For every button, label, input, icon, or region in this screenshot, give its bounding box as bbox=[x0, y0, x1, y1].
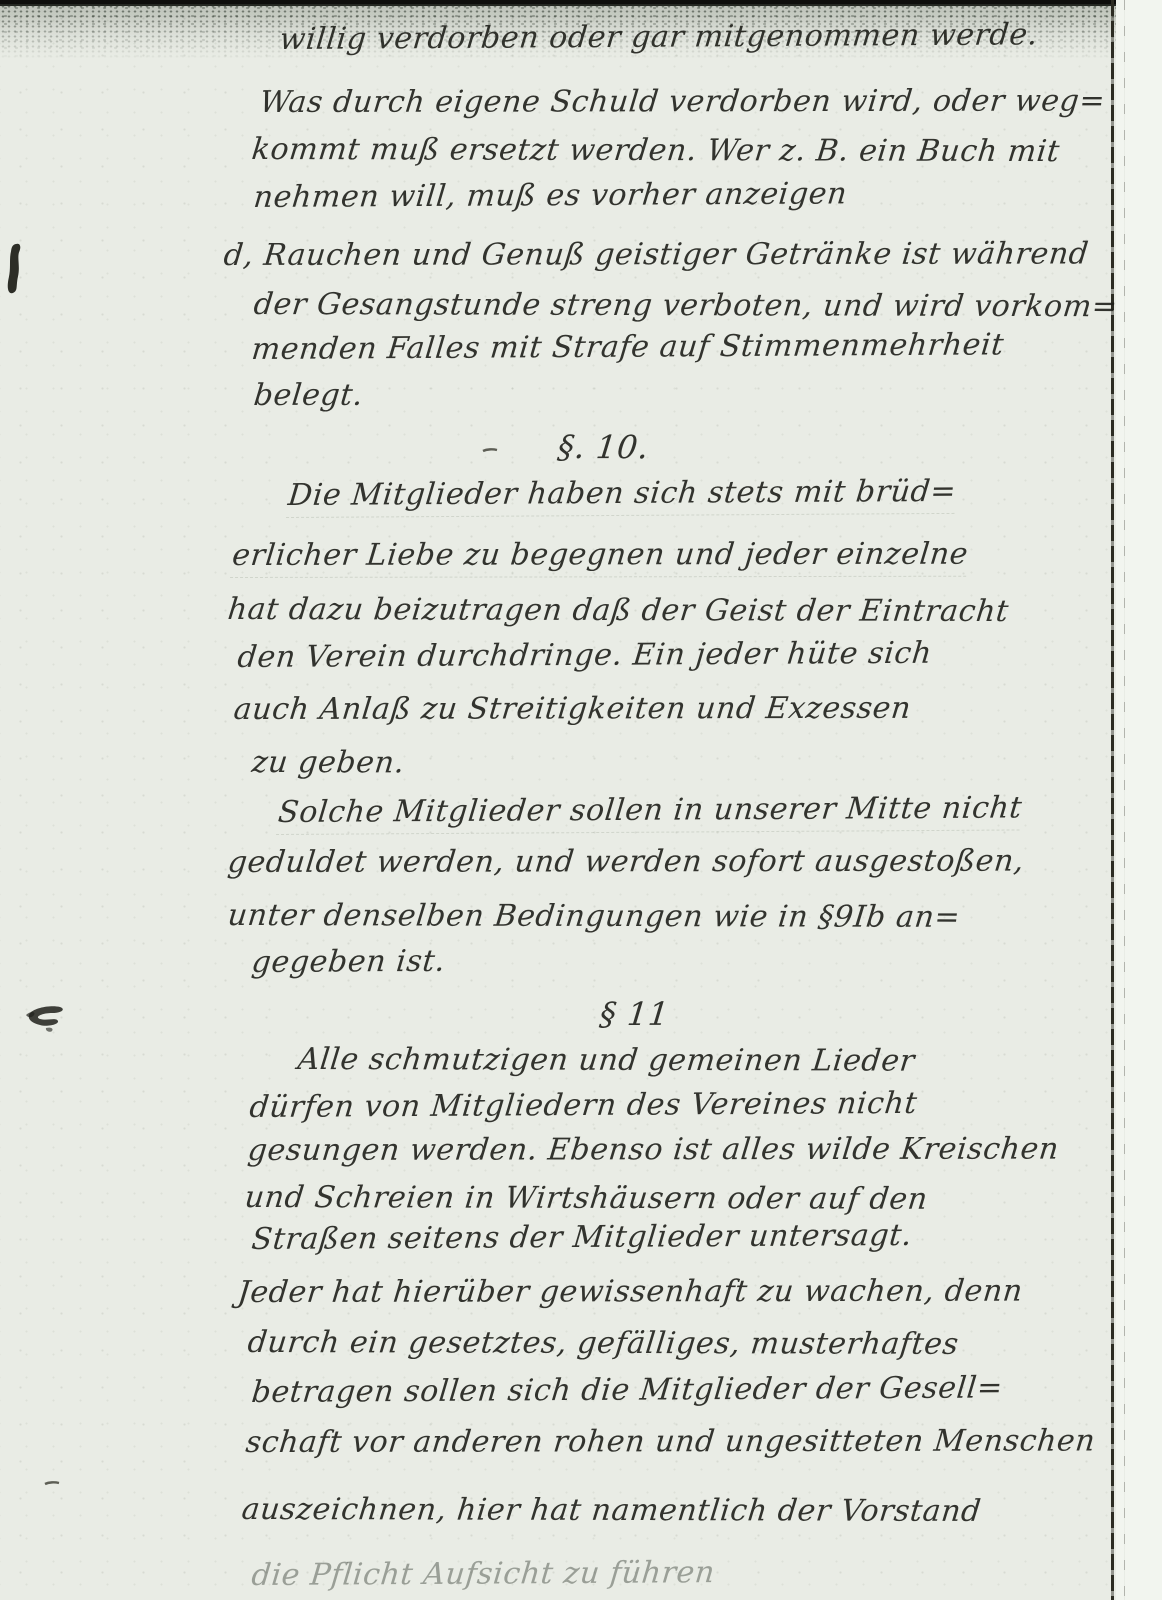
handwritten-line: dürfen von Mitgliedern des Vereines nich… bbox=[248, 1086, 919, 1125]
handwritten-line: erlicher Liebe zu begegnen und jeder ein… bbox=[230, 537, 970, 578]
handwritten-line: willig verdorben oder gar mitgenommen we… bbox=[278, 17, 1040, 57]
handwritten-line: Jeder hat hierüber gewissenhaft zu wache… bbox=[236, 1274, 1025, 1310]
ink-smudge-icon bbox=[22, 995, 68, 1039]
adjacent-page-strip bbox=[1116, 0, 1162, 1600]
handwritten-line: und Schreien in Wirtshäusern oder auf de… bbox=[243, 1180, 930, 1217]
handwritten-line: gegeben ist. bbox=[250, 944, 447, 980]
handwritten-line: menden Falles mit Strafe auf Stimmenmehr… bbox=[250, 327, 1006, 367]
handwritten-line: der Gesangstunde streng verboten, und wi… bbox=[252, 287, 1120, 324]
section-heading: § 11 bbox=[598, 995, 671, 1033]
handwritten-line: betragen sollen sich die Mitglieder der … bbox=[250, 1370, 1005, 1410]
handwritten-line: d, Rauchen und Genuß geistiger Getränke … bbox=[222, 236, 1091, 273]
punch-hole-stamp-icon bbox=[20, 548, 60, 590]
handwritten-line: auch Anlaß zu Streitigkeiten und Exzesse… bbox=[232, 691, 913, 727]
handwritten-line: schaft vor anderen rohen und ungesittete… bbox=[244, 1424, 1097, 1460]
stray-dash-icon bbox=[482, 440, 499, 459]
ink-blot-icon bbox=[6, 242, 22, 300]
handwritten-line: belegt. bbox=[252, 378, 365, 413]
stray-dash-icon bbox=[44, 1473, 61, 1492]
scanned-document-page: willig verdorben oder gar mitgenommen we… bbox=[0, 0, 1162, 1600]
handwritten-line: gesungen werden. Ebenso ist alles wilde … bbox=[246, 1132, 1061, 1168]
section-heading: §. 10. bbox=[556, 428, 651, 466]
handwritten-line: hat dazu beizutragen daß der Geist der E… bbox=[226, 592, 1011, 629]
handwritten-line: geduldet werden, und werden sofort ausge… bbox=[226, 844, 1026, 880]
handwritten-line: zu geben. bbox=[250, 745, 407, 780]
handwritten-line: durch ein gesetztes, gefälliges, musterh… bbox=[246, 1325, 961, 1362]
page-fold-line bbox=[1111, 0, 1114, 1600]
handwritten-line: Solche Mitglieder sollen in unserer Mitt… bbox=[276, 790, 1024, 835]
page-fold-line-faint bbox=[1124, 0, 1125, 1600]
handwritten-line: die Pflicht Aufsicht zu führen bbox=[250, 1555, 717, 1593]
handwritten-line: kommt muß ersetzt werden. Wer z. B. ein … bbox=[250, 132, 1062, 169]
handwritten-line: den Verein durchdringe. Ein jeder hüte s… bbox=[236, 636, 934, 675]
handwritten-line: auszeichnen, hier hat namentlich der Vor… bbox=[240, 1492, 983, 1529]
handwritten-line: Alle schmutzigen und gemeinen Lieder bbox=[296, 1042, 917, 1079]
handwritten-line: Die Mitglieder haben sich stets mit brüd… bbox=[286, 474, 958, 518]
handwritten-line: Was durch eigene Schuld verdorben wird, … bbox=[258, 84, 1107, 120]
handwritten-line: Straßen seitens der Mitglieder untersagt… bbox=[250, 1218, 914, 1257]
handwritten-line: nehmen will, muß es vorher anzeigen bbox=[252, 176, 849, 215]
handwritten-line: unter denselben Bedingungen wie in §9Ib … bbox=[226, 898, 962, 935]
